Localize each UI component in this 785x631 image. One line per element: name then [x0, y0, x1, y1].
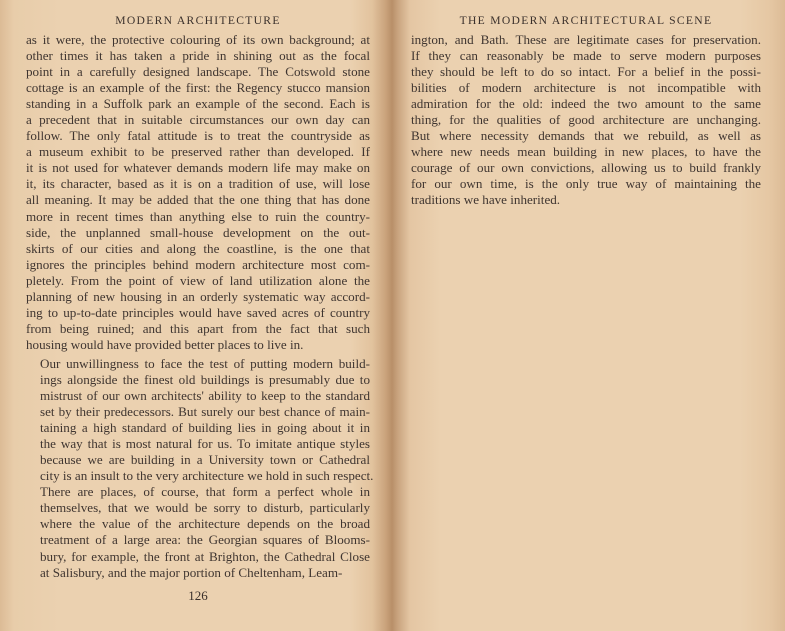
text-line: a precedent that in suitable circumstanc…: [26, 112, 370, 128]
text-line: housing would have provided better place…: [26, 337, 370, 353]
text-line: a museum exhibit to be preserved rather …: [26, 144, 370, 160]
right-page-body: ington, and Bath. These are legitimate c…: [411, 32, 761, 209]
text-line: for our own time, is the only true way o…: [411, 176, 761, 192]
text-line: ington, and Bath. These are legitimate c…: [411, 32, 761, 48]
text-line: city is an insult to the very architectu…: [26, 468, 370, 484]
text-line: because we are building in a University …: [26, 452, 370, 468]
text-line: ing to up-to-date principles would have …: [26, 305, 370, 321]
running-head-right: THE MODERN ARCHITECTURAL SCENE: [411, 14, 761, 32]
page-number: 126: [26, 588, 370, 604]
text-line: Our unwillingness to face the test of pu…: [26, 356, 370, 372]
text-line: it, its character, based as it is on a t…: [26, 176, 370, 192]
text-line: more in recent times than anything else …: [26, 209, 370, 225]
right-page: THE MODERN ARCHITECTURAL SCENE ington, a…: [411, 0, 761, 209]
paragraph: ington, and Bath. These are legitimate c…: [411, 32, 761, 209]
text-line: themselves, that we would be sorry to di…: [26, 500, 370, 516]
text-line: follow. The only fatal attitude is to tr…: [26, 128, 370, 144]
text-line: where new needs mean building in new pla…: [411, 144, 761, 160]
text-line: taining a high standard of building lies…: [26, 420, 370, 436]
text-line: the way that is most natural for us. To …: [26, 436, 370, 452]
text-line: standing in a Suffolk park an example of…: [26, 96, 370, 112]
text-line: cottage is an example of the first: the …: [26, 80, 370, 96]
text-line: as it were, the protective colouring of …: [26, 32, 370, 48]
text-line: bury, for example, the front at Brighton…: [26, 549, 370, 565]
text-line: ignores the principles behind modern arc…: [26, 257, 370, 273]
text-line: all meaning. It may be added that the on…: [26, 192, 370, 208]
text-line: other times it has taken a pride in shin…: [26, 48, 370, 64]
text-line: point in a carefully designed landscape.…: [26, 64, 370, 80]
paragraph: Our unwillingness to face the test of pu…: [26, 356, 370, 581]
text-line: planning of new housing in an orderly sy…: [26, 289, 370, 305]
left-page: MODERN ARCHITECTURE as it were, the prot…: [26, 0, 370, 581]
running-head-left: MODERN ARCHITECTURE: [26, 14, 370, 32]
left-page-body: as it were, the protective colouring of …: [26, 32, 370, 581]
text-line: ings alongside the finest old buildings …: [26, 372, 370, 388]
text-line: There are places, of course, that form a…: [26, 484, 370, 500]
text-line: mistrust of our own architects' ability …: [26, 388, 370, 404]
text-line: from being ruined; and this apart from t…: [26, 321, 370, 337]
text-line: skirts of our cities and along the coast…: [26, 241, 370, 257]
text-line: it is not used for whatever demands mode…: [26, 160, 370, 176]
text-line: But where necessity demands that we rebu…: [411, 128, 761, 144]
text-line: treatment of a large area: the Georgian …: [26, 532, 370, 548]
paragraph: as it were, the protective colouring of …: [26, 32, 370, 353]
text-line: they should be left to do so intact. For…: [411, 64, 761, 80]
text-line: side, the unplanned small-house developm…: [26, 225, 370, 241]
text-line: at Salisbury, and the major portion of C…: [26, 565, 370, 581]
text-line: pletely. From the point of view of land …: [26, 273, 370, 289]
text-line: traditions we have inherited.: [411, 192, 761, 208]
text-line: where the value of the architecture depe…: [26, 516, 370, 532]
text-line: If they can reasonably be made to serve …: [411, 48, 761, 64]
text-line: admiration for the old: indeed the two a…: [411, 96, 761, 112]
text-line: bilities of modern architecture is not i…: [411, 80, 761, 96]
book-spread: MODERN ARCHITECTURE as it were, the prot…: [0, 0, 785, 631]
text-line: thing, for the qualities of good archite…: [411, 112, 761, 128]
text-line: courage of our own convictions, allowing…: [411, 160, 761, 176]
text-line: set by their predecessors. But surely ou…: [26, 404, 370, 420]
